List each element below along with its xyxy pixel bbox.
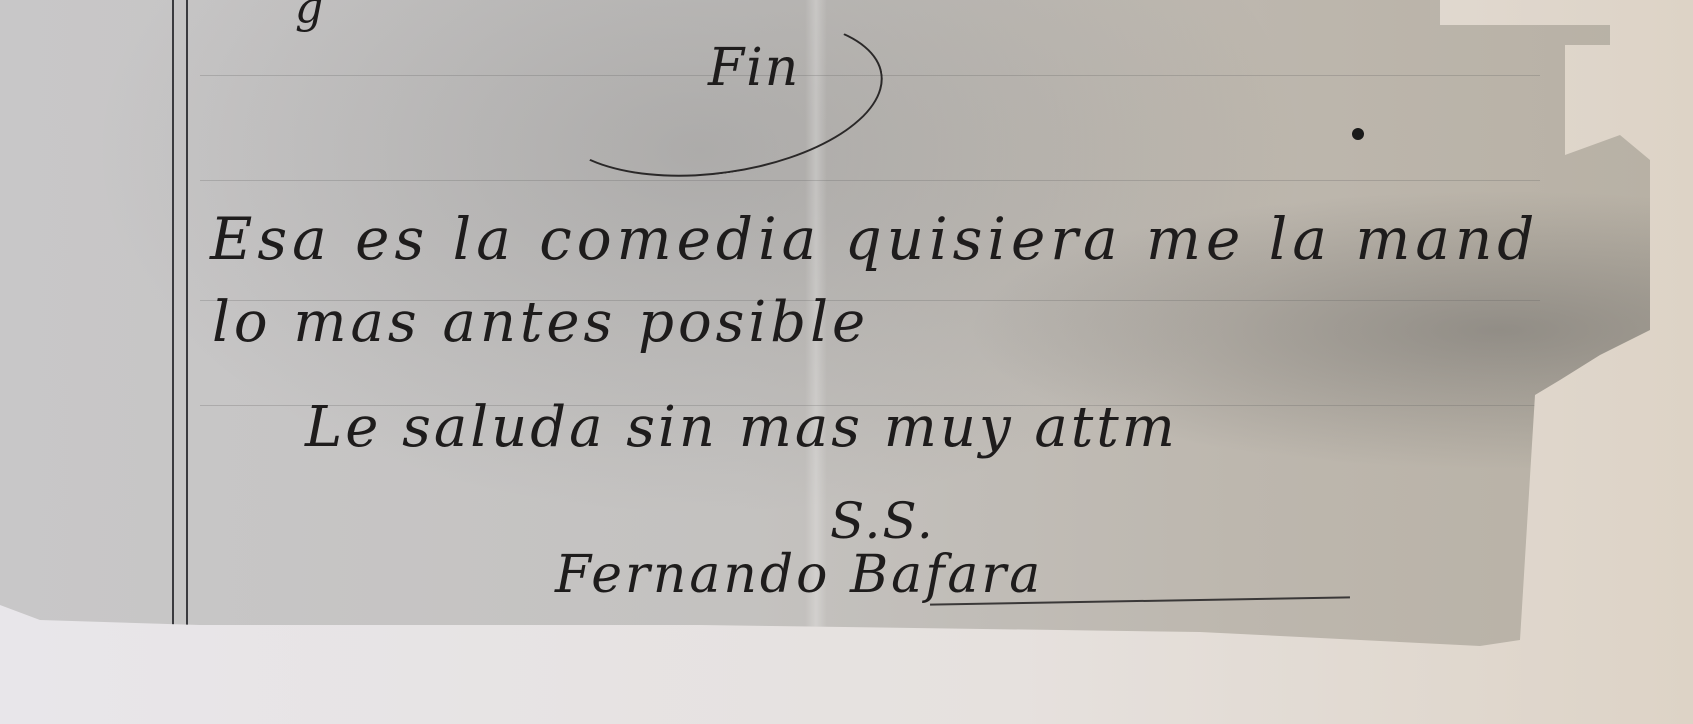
signature: Fernando Bafara	[555, 545, 1043, 605]
letter-page: g Fin Esa es la comedia quisiera me la m…	[0, 0, 1650, 724]
ruled-line	[200, 180, 1540, 181]
body-line-2: lo mas antes posible	[212, 290, 869, 355]
ink-blot	[1352, 128, 1364, 140]
margin-line-left	[172, 0, 174, 640]
margin-line-right	[186, 0, 188, 640]
abbreviation: S.S.	[830, 492, 935, 550]
heading-fragment: g	[295, 0, 325, 33]
body-line-1: Esa es la comedia quisiera me la mand	[210, 205, 1539, 273]
closing-mark: Fin	[708, 38, 800, 98]
fin-flourish	[541, 0, 893, 196]
salutation: Le saluda sin mas muy attm	[305, 395, 1178, 460]
